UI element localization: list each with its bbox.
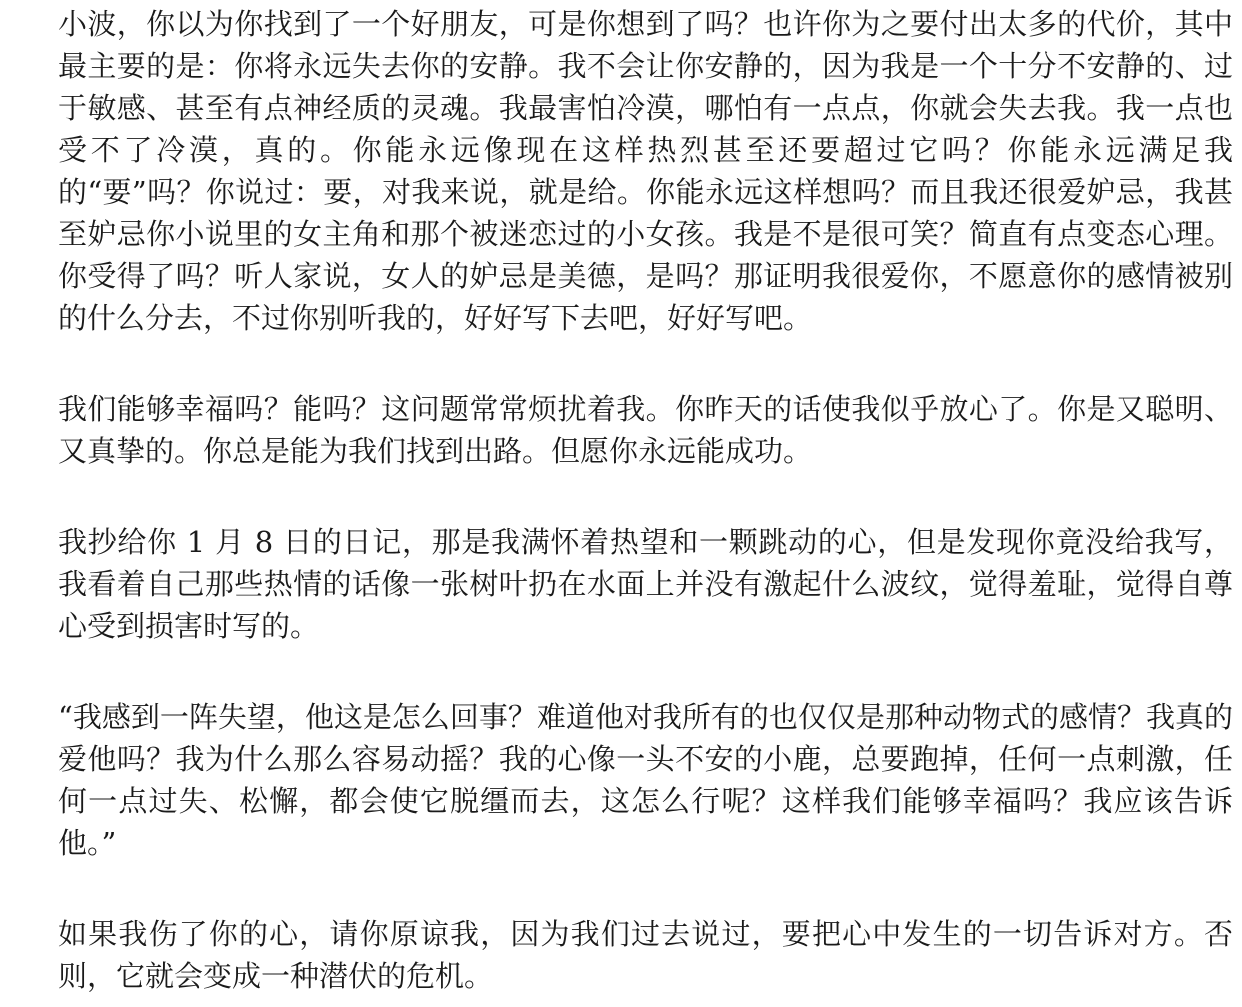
document-page: 小波，你以为你找到了一个好朋友，可是你想到了吗？也许你为之要付出太多的代价，其中… [0,0,1242,1007]
paragraph-1: 小波，你以为你找到了一个好朋友，可是你想到了吗？也许你为之要付出太多的代价，其中… [58,3,1233,339]
paragraph-5: 如果我伤了你的心，请你原谅我，因为我们过去说过，要把心中发生的一切告诉对方。否则… [58,913,1233,997]
paragraph-2: 我们能够幸福吗？能吗？这问题常常烦扰着我。你昨天的话使我似乎放心了。你是又聪明、… [58,388,1233,472]
paragraph-4: “我感到一阵失望，他这是怎么回事？难道他对我所有的也仅仅是那种动物式的感情？我真… [58,696,1233,864]
paragraph-3: 我抄给你 1 月 8 日的日记，那是我满怀着热望和一颗跳动的心，但是发现你竟没给… [58,521,1233,647]
